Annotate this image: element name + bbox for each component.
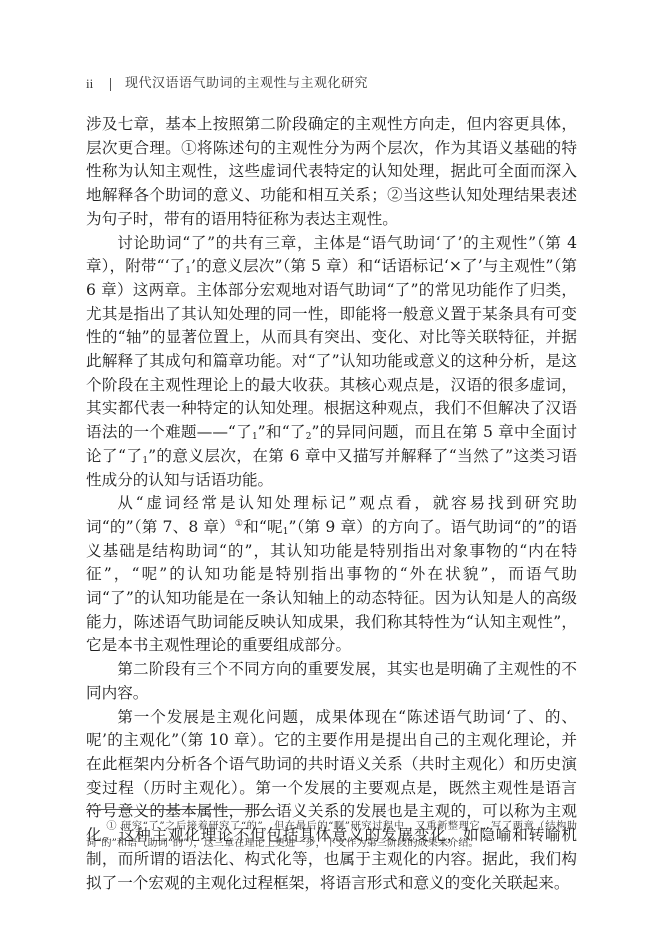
running-title: 现代汉语语气助词的主观性与主观化研究 bbox=[125, 76, 368, 92]
footnote-text: ① 研究“了”之后接着研究了“的”，但在最后的“啊”研究过程中，又重新整理它，写… bbox=[86, 818, 577, 852]
text-run: ’的意义层次”（第 5 章）和“话语标记‘×了’与主观性”（第 6 章）这两章。… bbox=[86, 257, 577, 441]
text-run: 涉及七章，基本上按照第二阶段确定的主观性方向走，但内容更具体，层次更合理。①将陈… bbox=[86, 115, 577, 228]
paragraph: 从“虚词经常是认知处理标记”观点看，就容易找到研究助词“的”（第 7、8 章）①… bbox=[86, 492, 577, 658]
header-separator bbox=[110, 78, 111, 91]
text-run: 第一个发展是主观化问题，成果体现在“陈述语气助词‘了、的、呢’的主观化”（第 1… bbox=[86, 708, 577, 892]
running-header: ii 现代汉语语气助词的主观性与主观化研究 bbox=[86, 76, 368, 92]
paragraph: 涉及七章，基本上按照第二阶段确定的主观性方向走，但内容更具体，层次更合理。①将陈… bbox=[86, 113, 577, 232]
footnote-divider bbox=[86, 809, 278, 810]
footnote: ① 研究“了”之后接着研究了“的”，但在最后的“啊”研究过程中，又重新整理它，写… bbox=[86, 818, 577, 852]
text-run: 和“呢 bbox=[243, 518, 283, 536]
text-run: ”和“了 bbox=[258, 423, 306, 441]
footnote-reference: ① bbox=[235, 519, 243, 529]
paragraph: 第二阶段有三个不同方向的重要发展，其实也是明确了主观性的不同内容。 bbox=[86, 658, 577, 705]
text-run: ”的意义层次，在第 6 章中又描写并解释了“当然了”这类习语性成分的认知与话语功… bbox=[86, 447, 577, 489]
paragraph: 第一个发展是主观化问题，成果体现在“陈述语气助词‘了、的、呢’的主观化”（第 1… bbox=[86, 706, 577, 896]
page-number: ii bbox=[86, 76, 108, 92]
text-run: ”（第 9 章）的方向了。语气助词“的”的语义基础是结构助词“的”，其认知功能是… bbox=[86, 518, 577, 655]
body-text: 涉及七章，基本上按照第二阶段确定的主观性方向走，但内容更具体，层次更合理。①将陈… bbox=[86, 113, 577, 895]
paragraph: 讨论助词“了”的共有三章，主体是“语气助词‘了’的主观性”（第 4 章），附带“… bbox=[86, 232, 577, 493]
text-run: 第二阶段有三个不同方向的重要发展，其实也是明确了主观性的不同内容。 bbox=[86, 660, 577, 702]
